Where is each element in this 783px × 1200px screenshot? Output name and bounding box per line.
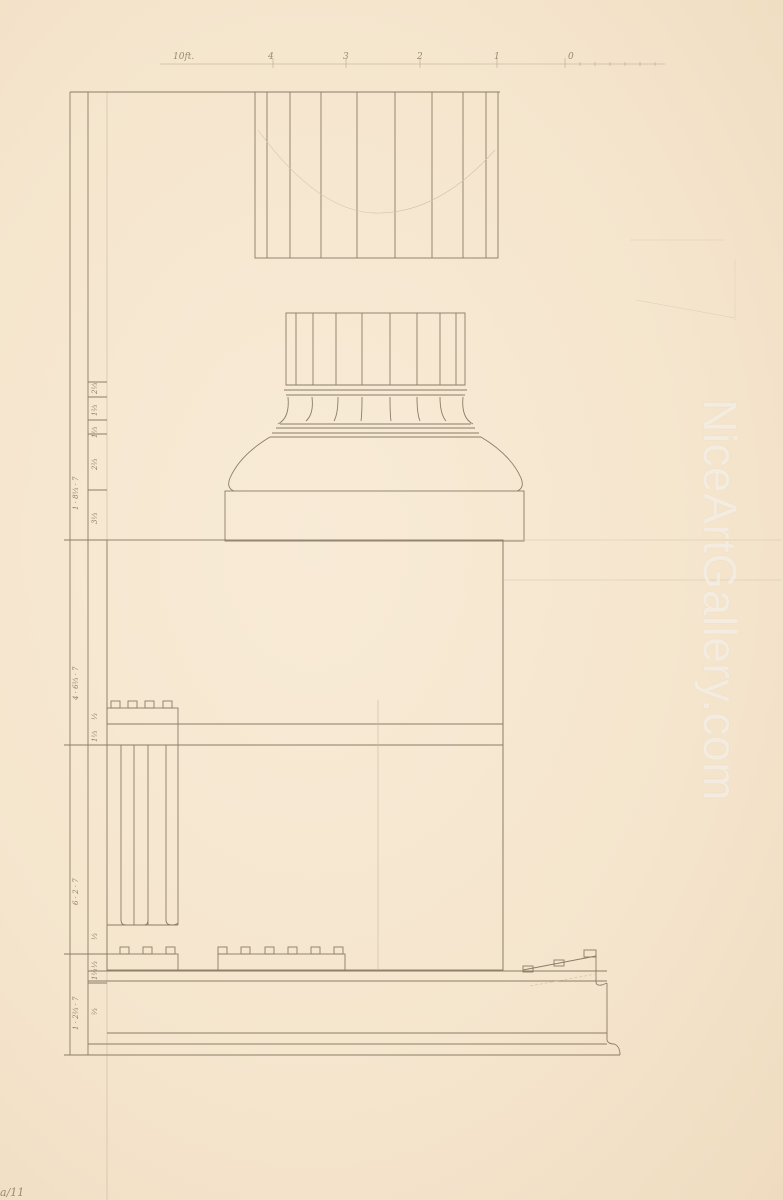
dimension-label: 1⅔ [91, 405, 99, 416]
dimension-label: 1⅓ [91, 427, 99, 438]
scale-label-1: 1 [494, 52, 500, 62]
scale-bar [160, 58, 665, 68]
dimension-label: 1 · 8⅓ · 7 [72, 477, 80, 511]
architectural-elevation [0, 0, 783, 1200]
scale-label-2: 2 [417, 52, 423, 62]
construction-lines [630, 240, 735, 320]
column-base [225, 313, 524, 541]
dimension-label: 1 · 2⅔ · 7 [72, 997, 80, 1031]
upper-shaft-section [255, 92, 498, 258]
dimension-label: 4 · 6⅔ · 7 [72, 667, 80, 701]
dimension-label: 2⅔ [91, 459, 99, 470]
scale-label-4: 4 [268, 52, 274, 62]
scale-label-10ft: 10ft. [173, 52, 194, 62]
dimension-label: 3⅓ [91, 513, 99, 524]
dimension-label: 1⅓ [91, 731, 99, 742]
dimension-label: ⅓ [91, 713, 99, 720]
watermark: NiceArtGallery.com [693, 399, 747, 801]
pedestal [107, 540, 782, 970]
dimension-label: 2⅓ [91, 383, 99, 394]
dimension-label: ⅓ [91, 961, 99, 968]
scale-label-0: 0 [568, 52, 574, 62]
base-course [88, 947, 620, 1055]
drawing-sheet: 10ft. 4 3 2 1 0 1 · 8⅓ · 7 4 · 6⅔ · 7 6 … [0, 0, 783, 1200]
corner-annotation: a/11 [0, 1186, 24, 1199]
dimension-label: 6 · 2 · 7 [72, 878, 80, 905]
pilaster-and-dentils [107, 701, 178, 925]
dimension-label: ⅓ [91, 933, 99, 940]
scale-label-3: 3 [343, 52, 349, 62]
dimension-label: 1⅓ [91, 969, 99, 980]
dimension-label: ⅔ [91, 1008, 99, 1015]
